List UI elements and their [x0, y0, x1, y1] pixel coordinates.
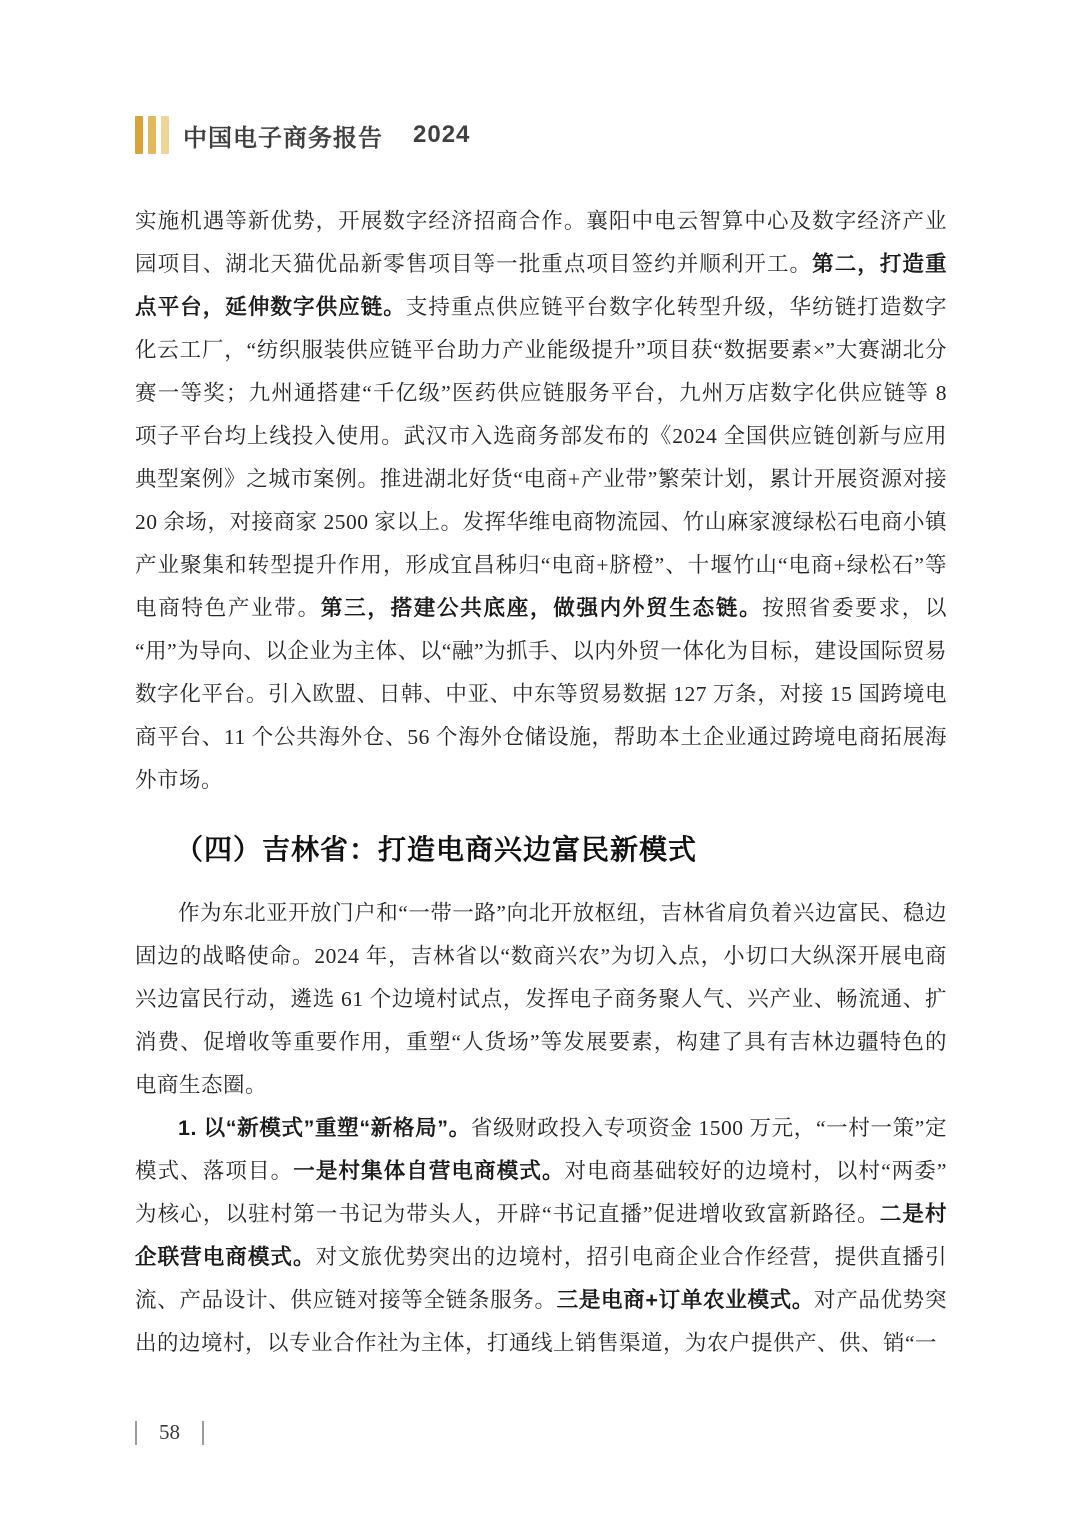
page-header: 中国电子商务报告 2024 — [135, 116, 470, 154]
logo-bar-icon — [161, 116, 169, 154]
text-run: 支持重点供应链平台数字化转型升级，华纺链打造数字化云工厂，“纺织服装供应链平台助… — [135, 295, 947, 620]
document-body: 实施机遇等新优势，开展数字经济招商合作。襄阳中电云智算中心及数字经济产业园项目、… — [135, 200, 947, 1365]
logo-bar-icon — [135, 116, 143, 154]
paragraphs-top: 实施机遇等新优势，开展数字经济招商合作。襄阳中电云智算中心及数字经济产业园项目、… — [135, 200, 947, 802]
paragraph: 1. 以“新模式”重塑“新格局”。省级财政投入专项资金 1500 万元，“一村一… — [135, 1107, 947, 1365]
paragraphs-bottom: 作为东北亚开放门户和“一带一路”向北开放枢纽，吉林省肩负着兴边富民、稳边固边的战… — [135, 892, 947, 1365]
report-year: 2024 — [413, 121, 470, 149]
section-heading: （四）吉林省：打造电商兴边富民新模式 — [135, 828, 947, 868]
text-run: 按照省委要求，以“用”为导向、以企业为主体、以“融”为抓手、以内外贸一体化为目标… — [135, 596, 947, 792]
logo-bars-icon — [135, 116, 169, 154]
text-run-bold: 一是村集体自营电商模式。 — [293, 1159, 564, 1183]
footer-divider-icon — [202, 1421, 204, 1445]
page-number: 58 — [159, 1420, 180, 1445]
report-page: 中国电子商务报告 2024 实施机遇等新优势，开展数字经济招商合作。襄阳中电云智… — [0, 0, 1080, 1528]
text-run-bold: 第三，搭建公共底座，做强内外贸生态链。 — [321, 596, 762, 620]
page-footer: 58 — [135, 1420, 204, 1445]
paragraph: 作为东北亚开放门户和“一带一路”向北开放枢纽，吉林省肩负着兴边富民、稳边固边的战… — [135, 892, 947, 1107]
report-title: 中国电子商务报告 — [183, 118, 383, 153]
text-run-bold: 1. 以“新模式”重塑“新格局”。 — [178, 1116, 471, 1140]
text-run-bold: 三是电商+订单农业模式。 — [557, 1288, 814, 1312]
logo-bar-icon — [148, 116, 156, 154]
paragraph: 实施机遇等新优势，开展数字经济招商合作。襄阳中电云智算中心及数字经济产业园项目、… — [135, 200, 947, 802]
text-run: 作为东北亚开放门户和“一带一路”向北开放枢纽，吉林省肩负着兴边富民、稳边固边的战… — [135, 901, 947, 1097]
footer-divider-icon — [135, 1421, 137, 1445]
